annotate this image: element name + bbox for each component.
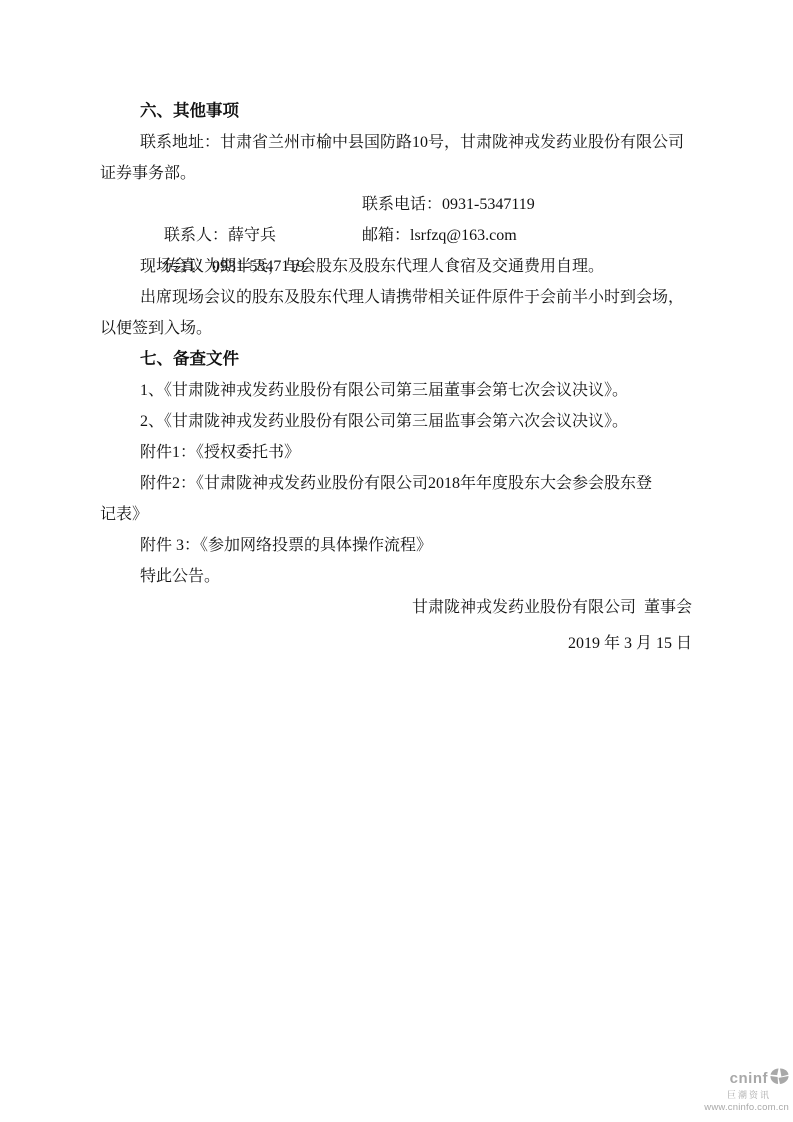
signature-company: 甘肃陇神戎发药业股份有限公司 董事会 — [100, 592, 692, 623]
cninfo-watermark: cninf 巨潮资讯 www.cninfo.com.cn — [704, 1068, 789, 1113]
contact-email: 邮箱：lsrfzq@163.com — [362, 220, 517, 251]
cninfo-url: www.cninfo.com.cn — [704, 1103, 789, 1113]
contact-phone: 联系电话：0931-5347119 — [362, 189, 535, 220]
contact-person-row: 联系人：薛守兵 联系电话：0931-5347119 — [100, 189, 692, 220]
document-page: 六、其他事项 联系地址：甘肃省兰州市榆中县国防路10号，甘肃陇神戎发药业股份有限… — [0, 0, 793, 1122]
document-body: 六、其他事项 联系地址：甘肃省兰州市榆中县国防路10号，甘肃陇神戎发药业股份有限… — [100, 96, 692, 659]
attachment-1: 附件1：《授权委托书》 — [100, 437, 692, 468]
contact-address-line-1: 联系地址：甘肃省兰州市榆中县国防路10号，甘肃陇神戎发药业股份有限公司 — [100, 127, 692, 158]
attachment-2-line-2: 记表》 — [100, 499, 692, 530]
cninfo-swirl-icon — [770, 1068, 789, 1089]
section-6-heading: 六、其他事项 — [100, 96, 692, 127]
cninfo-brand-text: cninf — [730, 1071, 768, 1086]
contact-fax: 传真：0931-5347119 — [124, 258, 305, 275]
attendance-note-line-1: 出席现场会议的股东及股东代理人请携带相关证件原件于会前半小时到会场， — [100, 282, 692, 313]
cninfo-logo-row: cninf — [704, 1068, 789, 1089]
reference-doc-2: 2、《甘肃陇神戎发药业股份有限公司第三届监事会第六次会议决议》。 — [100, 406, 692, 437]
attendance-note-line-2: 以便签到入场。 — [100, 313, 692, 344]
reference-doc-1: 1、《甘肃陇神戎发药业股份有限公司第三届董事会第七次会议决议》。 — [100, 375, 692, 406]
closing-statement: 特此公告。 — [100, 561, 692, 592]
fax-email-row: 传真：0931-5347119 邮箱：lsrfzq@163.com — [100, 220, 692, 251]
contact-address-line-2: 证券事务部。 — [100, 158, 692, 189]
cninfo-brand-chinese: 巨潮资讯 — [704, 1091, 789, 1100]
attachment-3: 附件 3：《参加网络投票的具体操作流程》 — [100, 530, 692, 561]
signature-date: 2019 年 3 月 15 日 — [100, 628, 692, 659]
attachment-2-line-1: 附件2：《甘肃陇神戎发药业股份有限公司2018年年度股东大会参会股东登 — [100, 468, 692, 499]
section-7-heading: 七、备查文件 — [100, 344, 692, 375]
